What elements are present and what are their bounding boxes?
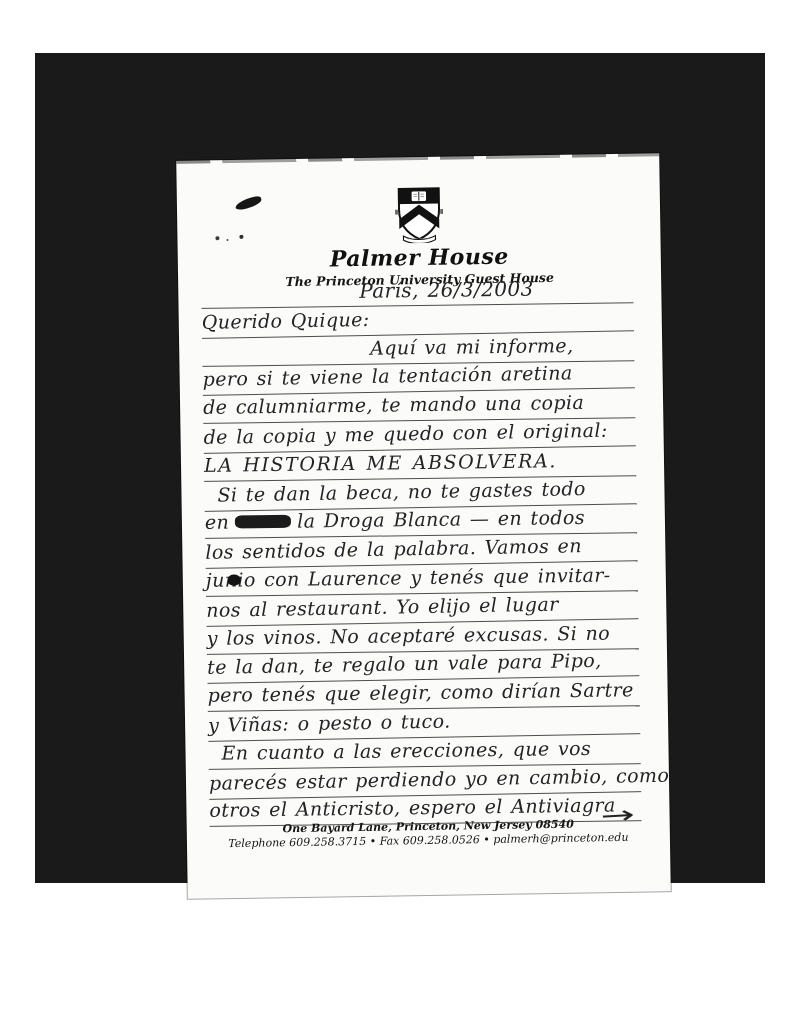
princeton-shield-icon — [394, 187, 443, 244]
line-text: pero tenés que elegir, como dirían Sartr… — [208, 679, 634, 707]
ink-blot — [228, 574, 241, 585]
line-text: la Droga Blanca — en todos — [297, 507, 585, 533]
line-text: LA HISTORIA ME ABSOLVERA. — [204, 450, 557, 477]
line-text: y los vinos. No aceptaré excusas. Si no — [207, 622, 611, 649]
date-text: París, 26/3/2003 — [359, 277, 534, 303]
handwritten-arrow-icon: → — [599, 797, 687, 830]
line-text: nos al restaurant. Yo elijo el lugar — [206, 593, 559, 621]
line-text: Aquí va mi informe, — [370, 335, 574, 360]
line-text: Si te dan la beca, no te gastes todo — [217, 478, 586, 507]
line-text: te la dan, te regalo un vale para Pipo, — [207, 650, 602, 679]
line-text: y Viñas: o pesto o tuco. — [208, 710, 451, 736]
scan-edge-artifact — [176, 152, 659, 164]
line-text: pero si te viene la tentación aretina — [202, 363, 572, 392]
line-text: de calumniarme, te mando una copia — [203, 392, 584, 419]
crossed-out-word — [235, 515, 291, 529]
line-text: Querido Quique: — [202, 309, 370, 334]
line-text: parecés estar perdiendo yo en cambio, co… — [209, 764, 670, 794]
scanner-background: Palmer House The Princeton University Gu… — [35, 53, 765, 883]
letter-paper: Palmer House The Princeton University Gu… — [176, 153, 671, 898]
line-text: En cuanto a las erecciones, que vos — [221, 738, 591, 765]
line-text: junio con Laurence y tenés que invitar- — [206, 565, 611, 592]
line-text: en — [205, 512, 230, 534]
line-text: los sentidos de la palabra. Vamos en — [205, 535, 582, 564]
line-text: de la copia y me quedo con el original: — [203, 420, 607, 449]
handwritten-body: París, 26/3/2003 Querido Quique: Aquí va… — [201, 274, 642, 828]
